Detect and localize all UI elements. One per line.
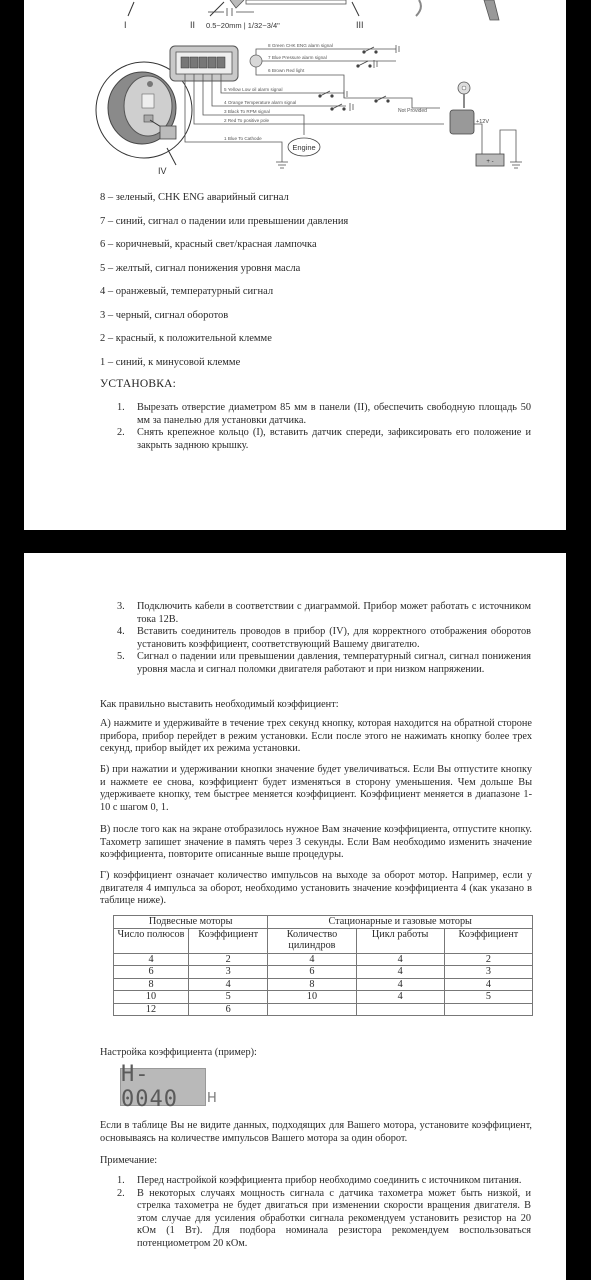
table-cell: 3 (188, 966, 267, 979)
table-cell: 4 (356, 991, 444, 1004)
installation-steps-page1: 1.Вырезать отверстие диаметром 85 мм в п… (117, 402, 531, 452)
note-item: 1.Перед настройкой коэффициента прибор н… (117, 1175, 531, 1188)
coefficient-heading: Как правильно выставить необходимый коэф… (100, 699, 532, 712)
closing-paragraph: Если в таблице Вы не видите данных, подх… (100, 1120, 532, 1145)
table-cell (268, 1003, 356, 1016)
label-panel: II (190, 20, 195, 30)
coefficient-paragraph-b: Б) при нажатии и удерживании кнопки знач… (100, 764, 532, 814)
table-row: 1051045 (114, 991, 533, 1004)
table-cell: 4 (114, 953, 189, 966)
wire-label-3: 3 Black To RPM signal (224, 109, 270, 114)
table-row: 126 (114, 1003, 533, 1016)
installation-step: 3.Подключить кабели в соответствии с диа… (117, 601, 531, 626)
table-row: 84844 (114, 978, 533, 991)
wire-legend-item: 4 – оранжевый, температурный сигнал (100, 286, 273, 297)
wire-legend-item: 7 – синий, сигнал о падении или превышен… (100, 216, 348, 227)
wire-legend-item: 6 – коричневый, красный свет/красная лам… (100, 239, 317, 250)
table-cell: 8 (114, 978, 189, 991)
table-group-header: Подвесные моторы (114, 916, 268, 929)
table-row: 42442 (114, 953, 533, 966)
example-caption: Настройка коэффициента (пример): (100, 1047, 532, 1060)
document-page-2: 3.Подключить кабели в соответствии с диа… (24, 553, 566, 1280)
installation-step: 2.Снять крепежное кольцо (I), вставить д… (117, 427, 531, 452)
table-column-header: Число полюсов (114, 928, 189, 953)
wire-legend-item: 3 – черный, сигнал оборотов (100, 310, 228, 321)
table-cell: 3 (444, 966, 532, 979)
table-cell: 4 (356, 978, 444, 991)
table-cell: 4 (356, 966, 444, 979)
table-cell: 12 (114, 1003, 189, 1016)
wire-legend-item: 8 – зеленый, CHK ENG аварийный сигнал (100, 192, 289, 203)
wire-label-1: 1 Blue To Cathode (224, 136, 262, 141)
table-cell: 8 (268, 978, 356, 991)
table-cell: 5 (188, 991, 267, 1004)
table-group-header: Стационарные и газовые моторы (268, 916, 533, 929)
table-cell: 10 (114, 991, 189, 1004)
label-bracket: III (356, 20, 364, 30)
table-row: 63643 (114, 966, 533, 979)
wire-label-5: 5 Yellow Low oil alarm signal (224, 87, 282, 92)
wire-legend-item: 5 – желтый, сигнал понижения уровня масл… (100, 263, 300, 274)
wire-label-8: 8 Green CHK ENG alarm signal (268, 43, 333, 48)
label-ring: I (124, 20, 127, 30)
not-provided-label: Not Provided (398, 108, 427, 114)
note-item: 2.В некоторых случаях мощность сигнала с… (117, 1188, 531, 1251)
engine-label: Engine (292, 143, 315, 152)
wire-label-7: 7 Blue Pressure alarm signal (268, 55, 327, 60)
table-cell: 2 (188, 953, 267, 966)
lcd-unit-label: H (207, 1091, 217, 1106)
table-column-header: Количество цилиндров (268, 928, 356, 953)
table-column-header: Коэффициент (444, 928, 532, 953)
table-cell: 6 (268, 966, 356, 979)
coefficient-table: Подвесные моторы Стационарные и газовые … (113, 915, 533, 1016)
table-cell: 10 (268, 991, 356, 1004)
wire-label-2: 2 Red To positive pole (224, 118, 270, 123)
coefficient-paragraph-a: А) нажмите и удерживайте в течение трех … (100, 718, 532, 756)
lcd-display-example: H-0040 (120, 1068, 206, 1106)
wire-label-4: 4 Orange Temperature alarm signal (224, 100, 296, 105)
table-cell: 2 (444, 953, 532, 966)
table-cell: 4 (188, 978, 267, 991)
notes-heading: Примечание: (100, 1155, 532, 1168)
table-cell (444, 1003, 532, 1016)
table-cell: 4 (444, 978, 532, 991)
label-connector: IV (158, 166, 167, 176)
table-column-header: Цикл работы (356, 928, 444, 953)
battery-label: + - (486, 159, 493, 165)
wire-legend-item: 1 – синий, к минусовой клемме (100, 357, 240, 368)
wire-legend-item: 2 – красный, к положительной клемме (100, 333, 272, 344)
installation-heading: УСТАНОВКА: (100, 378, 176, 390)
panel-thickness-label: 0.5~20mm | 1/32~3/4" (206, 21, 280, 30)
document-page-1: 8 Green CHK ENG alarm signal 7 Blue Pres… (24, 0, 566, 530)
installation-steps-page2: 3.Подключить кабели в соответствии с диа… (117, 601, 531, 677)
coefficient-paragraph-d: Г) коэффициент означает количество импул… (100, 870, 532, 908)
table-cell: 4 (268, 953, 356, 966)
table-cell: 5 (444, 991, 532, 1004)
notes-list: 1.Перед настройкой коэффициента прибор н… (117, 1175, 531, 1251)
table-column-header: Коэффициент (188, 928, 267, 953)
coefficient-paragraph-c: В) после того как на экране отобразилось… (100, 824, 532, 862)
wiring-diagram: 8 Green CHK ENG alarm signal 7 Blue Pres… (24, 0, 566, 180)
installation-step: 5.Сигнал о падении или превышении давлен… (117, 651, 531, 676)
table-cell: 6 (188, 1003, 267, 1016)
installation-step: 4.Вставить соединитель проводов в прибор… (117, 626, 531, 651)
table-cell: 6 (114, 966, 189, 979)
table-cell (356, 1003, 444, 1016)
table-cell: 4 (356, 953, 444, 966)
wire-label-6: 6 Brown Red light (268, 68, 305, 73)
installation-step: 1.Вырезать отверстие диаметром 85 мм в п… (117, 402, 531, 427)
voltage-label: +12V (476, 119, 489, 125)
